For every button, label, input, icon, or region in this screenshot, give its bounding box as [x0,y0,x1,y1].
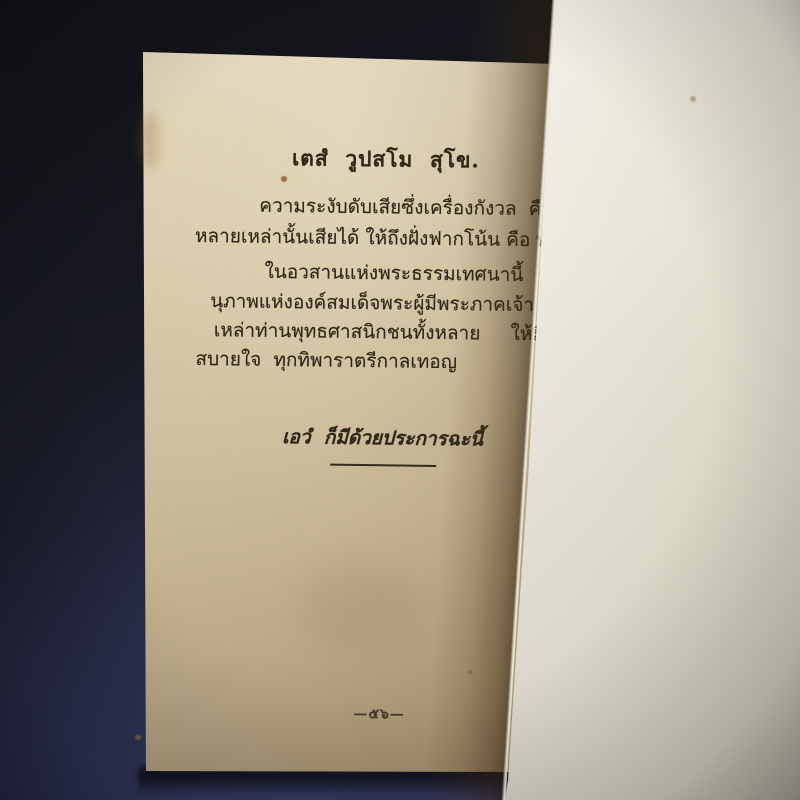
book-photo: เตสํ วูปสโม สุโข. ความระงับดับเสียซึ่งเค… [0,0,800,800]
paper-speck [690,96,696,102]
paragraph2-line4: สบายใจ ทุกทิพาราตรีกาลเทอญ [195,344,457,377]
divider-rule [330,464,436,467]
